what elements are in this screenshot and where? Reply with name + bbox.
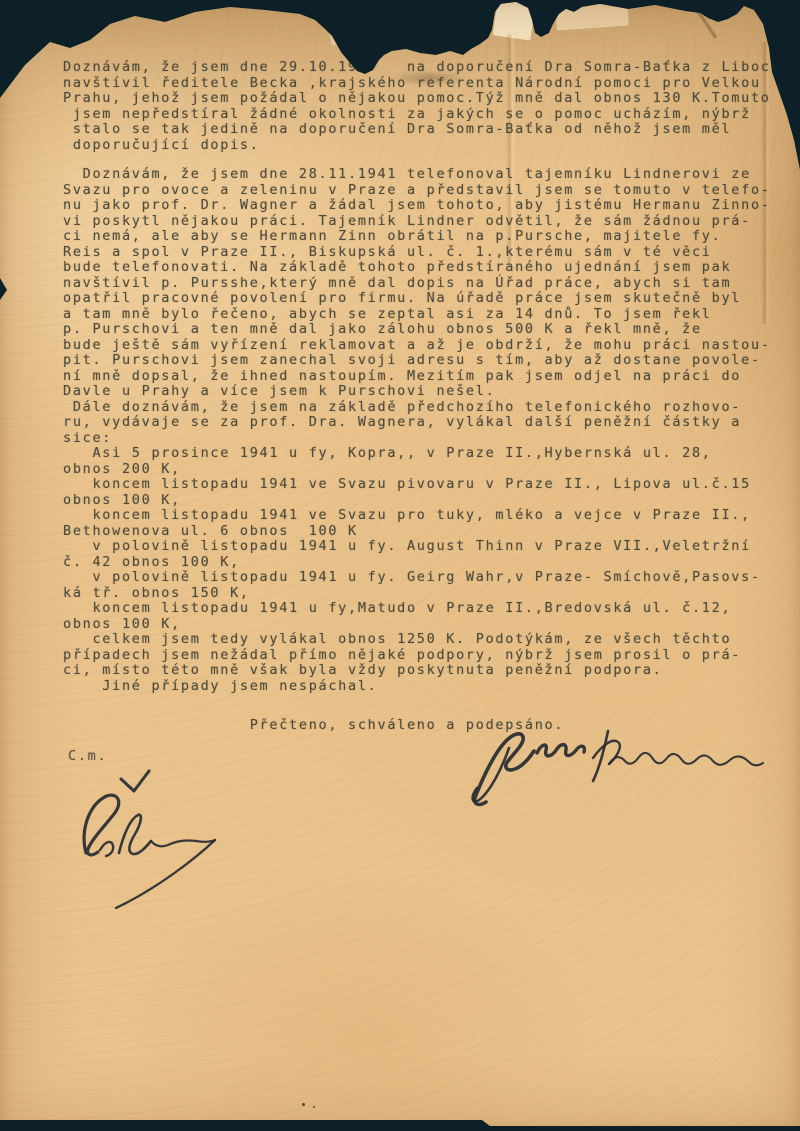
- typewritten-line: ci, místo této mně však byla vždy poskyt…: [63, 663, 800, 679]
- typewritten-line: navštívil ředitele Becka ,krajského refe…: [63, 76, 800, 92]
- typewritten-line: Dále doznávám, že jsem na základě předch…: [63, 400, 800, 416]
- typewritten-line: bude telefonovati. Na základě tohoto pře…: [63, 260, 800, 276]
- typewritten-line: č. 42 obnos 100 K,: [63, 555, 800, 571]
- torn-paper-flap: [329, 24, 377, 46]
- typewritten-line: obnos 200 K,: [63, 462, 800, 478]
- typewritten-line: sice:: [63, 431, 800, 447]
- typewritten-line: ká tř. obnos 150 K,: [63, 586, 800, 602]
- typewritten-line: Reis a spol v Praze II., Biskupská ul. č…: [63, 245, 800, 261]
- signature-official: [84, 771, 215, 908]
- typewritten-line: ní mně dopsal, že ihned nastoupím. Mezit…: [63, 369, 800, 385]
- typewritten-line: Prahu, jehož jsem požádal o nějakou pomo…: [63, 91, 800, 107]
- typewritten-line: Jiné případy jsem nespáchal.: [63, 679, 800, 695]
- typewritten-line: obnos 100 K,: [63, 617, 800, 633]
- paper-sheet: Doznávám, že jsem dne 29.10.19 na doporu…: [0, 0, 800, 1131]
- typewritten-line: Doznávám, že jsem dne 29.10.19 na doporu…: [63, 60, 800, 76]
- typewritten-line: doporučující dopis.: [63, 138, 800, 154]
- typewritten-line: koncem listopadu 1941 u fy,Matudo v Praz…: [63, 601, 800, 617]
- typewritten-line: ru, vydávaje se za prof. Dra. Wagnera, v…: [63, 415, 800, 431]
- typewritten-line: jsem nepředstíral žádné okolnosti za jak…: [63, 107, 800, 123]
- typewritten-line: a tam mně bylo řečeno, abych se zeptal a…: [63, 307, 800, 323]
- typewritten-line: Davle u Prahy a více jsem k Purschovi ne…: [63, 384, 800, 400]
- typewritten-line: v polovině listopadu 1941 u fy. August T…: [63, 539, 800, 555]
- signature-zinn-hermann: [473, 731, 763, 804]
- scanned-document-page: Doznávám, že jsem dne 29.10.19 na doporu…: [0, 0, 800, 1131]
- left-margin-initials: C.m.: [68, 748, 107, 764]
- typewritten-line: Svazu pro ovoce a zeleninu v Praze a pře…: [63, 183, 800, 199]
- typewritten-line: bude ještě sám vyřízení reklamovat a až …: [63, 338, 800, 354]
- typewritten-line: Asi 5 prosince 1941 u fy, Kopra,, v Praz…: [63, 446, 800, 462]
- typewritten-line: opatřil pracovné povolení pro firmu. Na …: [63, 291, 800, 307]
- ink-speck: [313, 1106, 315, 1108]
- typewritten-line: koncem listopadu 1941 ve Svazu pivovaru …: [63, 477, 800, 493]
- torn-paper-flap: [555, 2, 628, 31]
- typewritten-line: Doznávám, že jsem dne 28.11.1941 telefon…: [63, 167, 800, 183]
- typewritten-line: stalo se tak jedině na doporučení Dra So…: [63, 122, 800, 138]
- typewritten-line: obnos 100 K,: [63, 493, 800, 509]
- typewritten-line: navštívil p. Pursshe,který mně dal dopis…: [63, 276, 800, 292]
- typewritten-line: pit. Purschovi jsem zanechal svoji adres…: [63, 353, 800, 369]
- typewritten-line: v polovině listopadu 1941 u fy. Geirg Wa…: [63, 570, 800, 586]
- typewritten-line: p. Purschovi a ten mně dal jako zálohu o…: [63, 322, 800, 338]
- typewritten-line: koncem listopadu 1941 ve Svazu pro tuky,…: [63, 508, 800, 524]
- typewritten-line: ci nemá, ale aby se Hermann Zinn obrátil…: [63, 229, 800, 245]
- typewritten-line: Bethowenova ul. 6 obnos 100 K: [63, 524, 800, 540]
- typewritten-line: nu jako prof. Dr. Wagner a žádal jsem to…: [63, 198, 800, 214]
- typewritten-closing-line: Přečteno, schváleno a podepsáno.: [63, 718, 800, 734]
- typewritten-text: Doznávám, že jsem dne 29.10.19 na doporu…: [63, 60, 800, 734]
- typewritten-line: vi poskytl nějakou práci. Tajemník Lindn…: [63, 214, 800, 230]
- typewritten-line: případech jsem nežádal přímo nějaké podp…: [63, 648, 800, 664]
- ink-speck: [302, 1103, 305, 1106]
- typewritten-line: celkem jsem tedy vylákal obnos 1250 K. P…: [63, 632, 800, 648]
- torn-paper-flap: [493, 0, 536, 40]
- diagonal-crease: [687, 0, 718, 39]
